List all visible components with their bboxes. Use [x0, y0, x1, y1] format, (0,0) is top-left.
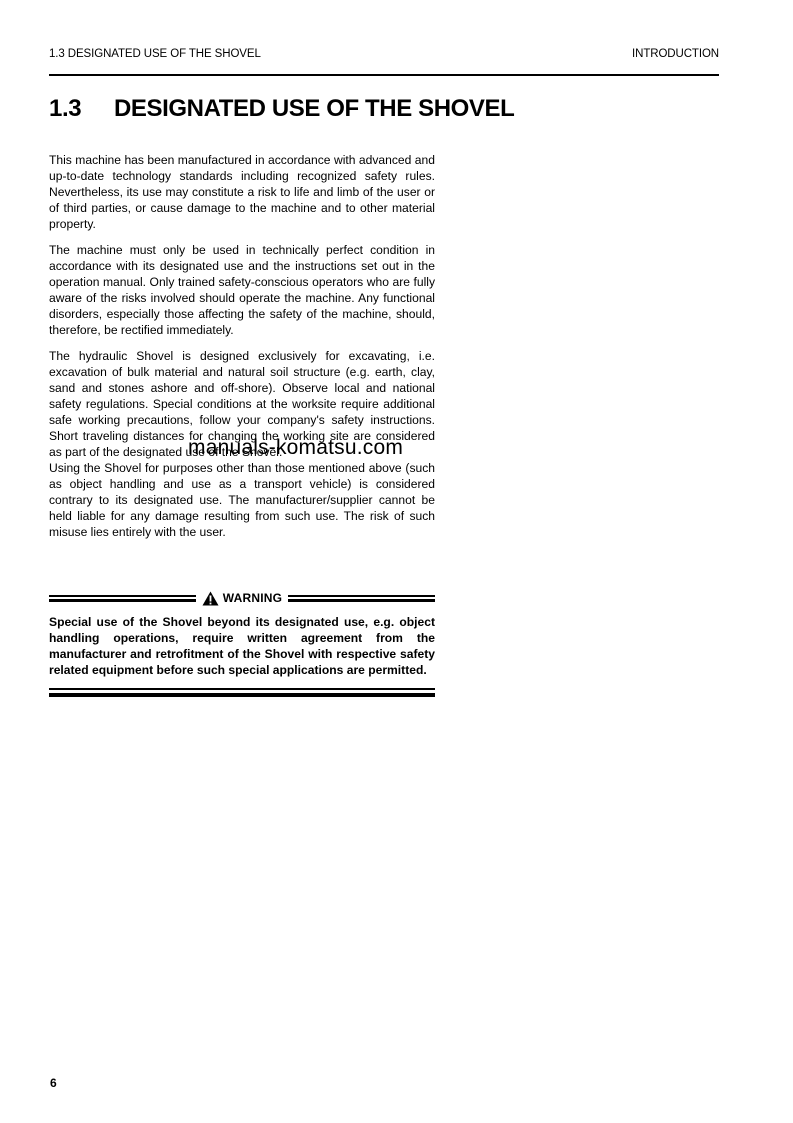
- watermark: manuals-komatsu.com: [188, 436, 403, 460]
- paragraph: This machine has been manufactured in ac…: [49, 152, 435, 232]
- warning-label-group: WARNING: [196, 591, 288, 606]
- warning-rule-bottom: [49, 688, 435, 697]
- running-header-section: 1.3 DESIGNATED USE OF THE SHOVEL: [49, 48, 261, 60]
- warning-rule-left: [49, 594, 196, 602]
- header-divider: [49, 74, 719, 76]
- section-number: 1.3: [49, 95, 114, 123]
- warning-box: WARNING Special use of the Shovel beyond…: [49, 590, 435, 697]
- page-number: 6: [50, 1076, 57, 1090]
- warning-header: WARNING: [49, 590, 435, 606]
- warning-rule-right: [288, 594, 435, 602]
- warning-label: WARNING: [223, 591, 282, 605]
- paragraph: Using the Shovel for purposes other than…: [49, 460, 435, 540]
- running-header-chapter: INTRODUCTION: [632, 48, 719, 60]
- body-text: This machine has been manufactured in ac…: [49, 152, 435, 550]
- paragraph: The machine must only be used in technic…: [49, 242, 435, 338]
- page-title: 1.3DESIGNATED USE OF THE SHOVEL: [49, 95, 514, 123]
- warning-triangle-icon: [202, 591, 219, 606]
- section-title-text: DESIGNATED USE OF THE SHOVEL: [114, 95, 514, 122]
- warning-text: Special use of the Shovel beyond its des…: [49, 614, 435, 678]
